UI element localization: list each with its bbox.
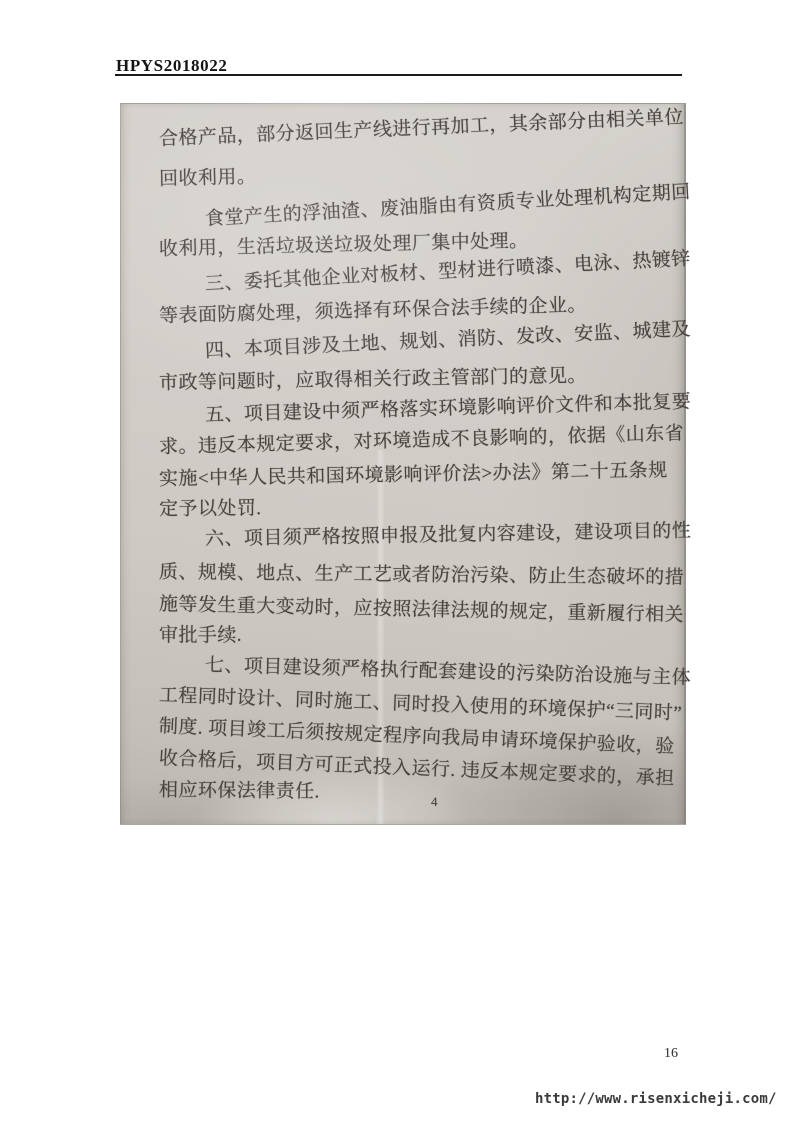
scan-text-line: 回收利用。 — [159, 161, 257, 191]
scan-inner-page-number: 4 — [431, 794, 438, 810]
scan-text-line: 审批手续. — [159, 620, 242, 647]
scan-text-line: 质、规模、地点、生产工艺或者防治污染、防止生态破坏的措 — [159, 557, 684, 589]
scan-text-line: 合格产品，部分返回生产线进行再加工，其余部分由相关单位 — [158, 102, 684, 151]
scan-text-line: 相应环保法律责任. — [159, 775, 320, 803]
scan-text-line: 定予以处罚. — [159, 493, 262, 521]
scan-text-line: 实施<中华人民共和国环境影响评价法>办法》第二十五条规 — [159, 455, 668, 491]
scan-text-line: 食堂产生的浮油渣、废油脂由有资质专业处理机构定期回 — [204, 177, 691, 231]
footer-page-number: 16 — [664, 1046, 678, 1062]
scanned-document-image: 合格产品，部分返回生产线进行再加工，其余部分由相关单位 回收利用。 食堂产生的浮… — [120, 103, 686, 825]
header-rule — [115, 74, 682, 76]
scan-text-line: 市政等问题时，应取得相关行政主管部门的意见。 — [159, 361, 587, 395]
header-doc-number: HPYS2018022 — [116, 56, 227, 76]
document-page: HPYS2018022 合格产品，部分返回生产线进行再加工，其余部分由相关单位 … — [0, 0, 800, 1131]
watermark-url: http://www.risenxicheji.com/ — [535, 1091, 777, 1107]
scan-text-line: 六、项目须严格按照申报及批复内容建设，建设项目的性 — [205, 516, 692, 551]
